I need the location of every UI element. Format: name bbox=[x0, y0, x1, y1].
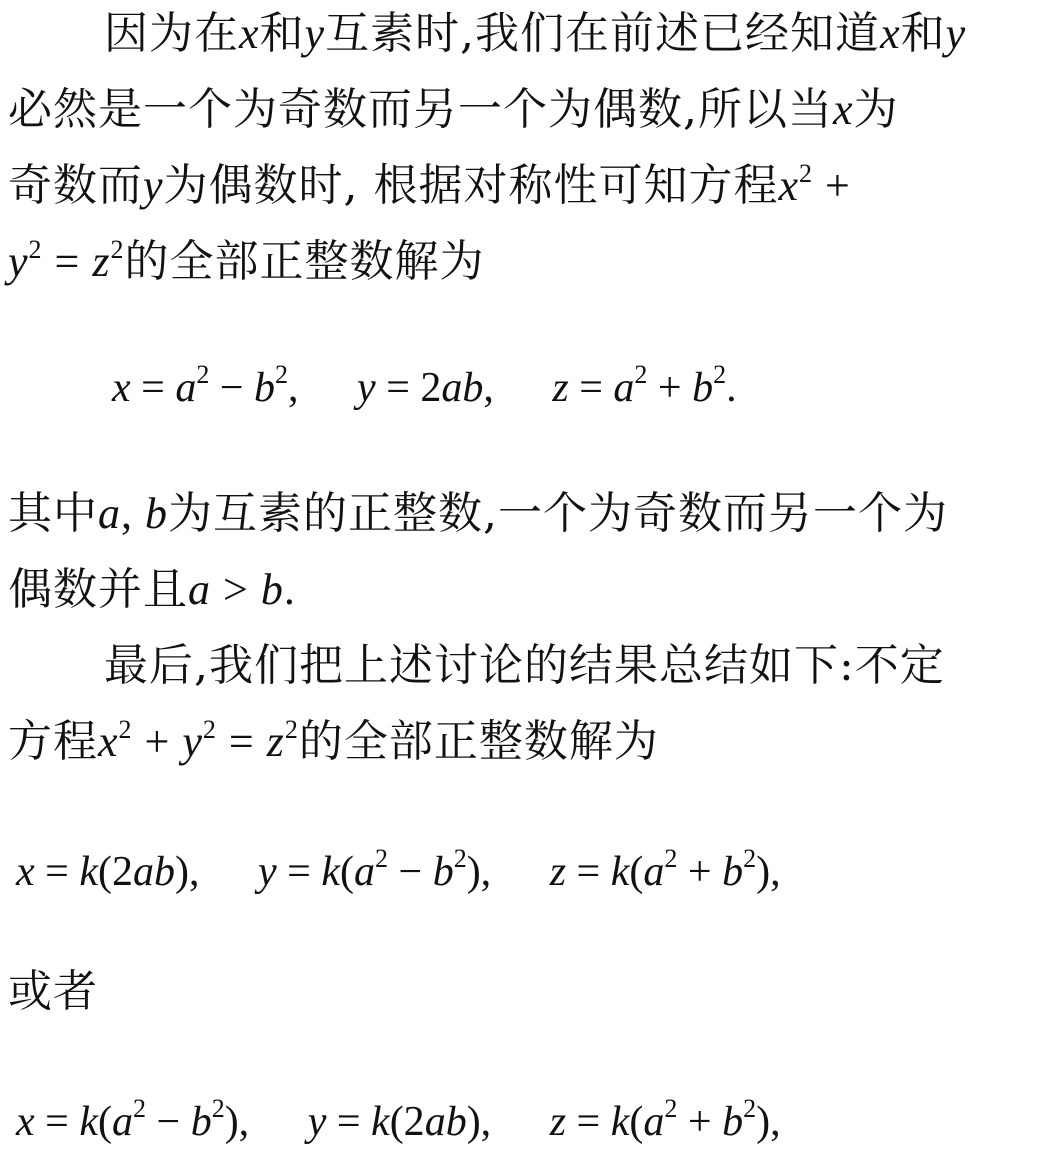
eq1-z: z = a2 + b2. bbox=[552, 365, 736, 411]
math-op: = bbox=[217, 717, 267, 766]
text: 因为在 bbox=[104, 8, 239, 59]
exponent: 2 bbox=[29, 235, 43, 264]
text: 和 bbox=[901, 8, 946, 59]
math-var: b bbox=[261, 565, 284, 614]
math-var: y bbox=[182, 717, 203, 766]
exponent: 2 bbox=[110, 235, 124, 264]
eq3-z: z = k(a2 + b2), bbox=[550, 1099, 781, 1145]
math-var: b bbox=[145, 489, 168, 538]
exponent: 2 bbox=[119, 715, 133, 744]
text: 奇数而 bbox=[8, 160, 143, 211]
paragraph2-line1: 其中a, b为互素的正整数,一个为奇数而另一个为 bbox=[8, 488, 948, 540]
math-var: z bbox=[92, 237, 110, 286]
text: 互素时,我们在前述已经知道 bbox=[325, 8, 880, 59]
text: 最后,我们把上述讨论的结果总结如下:不定 bbox=[104, 640, 945, 691]
math-var: y bbox=[946, 9, 967, 58]
paragraph1-line4: y2 = z2的全部正整数解为 bbox=[8, 236, 484, 288]
eq2-x: x = k(2ab), bbox=[16, 849, 200, 895]
text: 的全部正整数解为 bbox=[299, 716, 659, 767]
math-op: . bbox=[284, 565, 296, 614]
math-var: a bbox=[188, 565, 211, 614]
text: 为 bbox=[854, 84, 899, 135]
math-op: = bbox=[43, 237, 93, 286]
math-var: x bbox=[779, 161, 800, 210]
text: 和 bbox=[260, 8, 305, 59]
paragraph1-line1: 因为在x和y互素时,我们在前述已经知道x和y bbox=[104, 8, 966, 60]
text: 偶数并且 bbox=[8, 564, 188, 615]
text: 或者 bbox=[8, 966, 98, 1017]
paragraph3-line1: 最后,我们把上述讨论的结果总结如下:不定 bbox=[104, 640, 945, 692]
text: 为互素的正整数,一个为奇数而另一个为 bbox=[168, 488, 948, 539]
math-op: > bbox=[211, 565, 261, 614]
math-var: y bbox=[8, 237, 29, 286]
math-op: + bbox=[813, 161, 851, 210]
math-var: x bbox=[880, 9, 901, 58]
equation-general-solution-2: x = k(a2 − b2), y = k(2ab), z = k(a2 + b… bbox=[16, 1096, 781, 1148]
eq2-y: y = k(a2 − b2), bbox=[258, 849, 491, 895]
text: 其中 bbox=[8, 488, 98, 539]
exponent: 2 bbox=[285, 715, 299, 744]
eq1-y: y = 2ab, bbox=[357, 365, 494, 411]
math-var: z bbox=[267, 717, 285, 766]
paragraph3-line2: 方程x2 + y2 = z2的全部正整数解为 bbox=[8, 716, 659, 768]
eq2-z: z = k(a2 + b2), bbox=[550, 849, 781, 895]
math-var: x bbox=[98, 717, 119, 766]
eq3-y: y = k(2ab), bbox=[308, 1099, 492, 1145]
text: 方程 bbox=[8, 716, 98, 767]
eq3-x: x = k(a2 − b2), bbox=[16, 1099, 249, 1145]
math-var: y bbox=[143, 161, 164, 210]
math-var: x bbox=[833, 85, 854, 134]
exponent: 2 bbox=[203, 715, 217, 744]
paragraph1-line2: 必然是一个为奇数而另一个为偶数,所以当x为 bbox=[8, 84, 899, 136]
math-var: a bbox=[98, 489, 121, 538]
equation-general-solution-1: x = k(2ab), y = k(a2 − b2), z = k(a2 + b… bbox=[16, 846, 781, 898]
text: 为偶数时, 根据对称性可知方程 bbox=[164, 160, 779, 211]
paragraph2-line2: 偶数并且a > b. bbox=[8, 564, 296, 616]
equation-primitive-solution: x = a2 − b2, y = 2ab, z = a2 + b2. bbox=[112, 362, 737, 414]
math-op: + bbox=[133, 717, 183, 766]
math-var: y bbox=[305, 9, 326, 58]
connector-text: 或者 bbox=[8, 966, 98, 1018]
math-var: x bbox=[239, 9, 260, 58]
text: 的全部正整数解为 bbox=[124, 236, 484, 287]
text: 必然是一个为奇数而另一个为偶数,所以当 bbox=[8, 84, 833, 135]
eq1-x: x = a2 − b2, bbox=[112, 365, 299, 411]
math-op: , bbox=[121, 489, 145, 538]
paragraph1-line3: 奇数而y为偶数时, 根据对称性可知方程x2 + bbox=[8, 160, 851, 212]
exponent: 2 bbox=[799, 159, 813, 188]
